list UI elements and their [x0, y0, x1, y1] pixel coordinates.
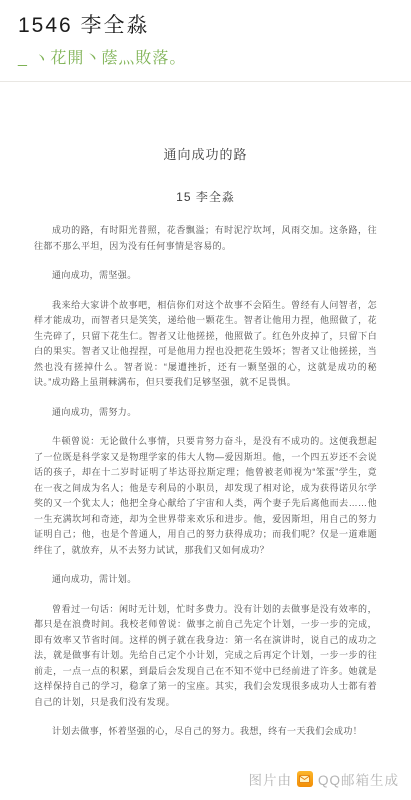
- essay-author: 15 李全淼: [34, 188, 377, 205]
- watermark-prefix-label: 图片由: [248, 769, 292, 789]
- essay-paragraph: 通向成功，需努力。: [34, 405, 377, 421]
- essay-paragraph: 曾看过一句话：闲时无计划，忙时多费力。没有计划的去做事是没有效率的，都只是在浪费…: [34, 602, 377, 711]
- mail-title: 1546 李全淼: [18, 13, 393, 39]
- essay-title: 通向成功的路: [34, 144, 377, 163]
- essay-paragraph: 成功的路，有时阳光普照，花香飘溢；有时泥泞坎坷，风雨交加。这条路，往往都不那么平…: [34, 223, 377, 254]
- mail-header: 1546 李全淼 _ ヽ花開丶蔭灬敗落。: [0, 0, 411, 82]
- essay-paragraph: 我来给大家讲个故事吧，相信你们对这个故事不会陌生。曾经有人问智者，怎样才能成功，…: [34, 298, 377, 391]
- essay-paragraphs: 成功的路，有时阳光普照，花香飘溢；有时泥泞坎坷，风雨交加。这条路，往往都不那么平…: [34, 223, 377, 740]
- essay-paragraph: 牛顿曾说：无论做什么事情，只要肯努力奋斗，是没有不成功的。这便我想起了一位既是科…: [34, 434, 377, 558]
- essay-paragraph: 通向成功，需坚强。: [34, 268, 377, 284]
- essay-paragraph: 计划去做事，怀着坚强的心，尽自己的努力。我想，终有一天我们会成功！: [34, 724, 377, 740]
- mail-sender-signature: _ ヽ花開丶蔭灬敗落。: [18, 48, 393, 69]
- watermark-suffix-label: QQ邮箱生成: [318, 769, 399, 789]
- essay-document: 通向成功的路 15 李全淼 成功的路，有时阳光普照，花香飘溢；有时泥泞坎坷，风雨…: [0, 82, 411, 740]
- watermark-footer: 图片由 QQ邮箱生成: [248, 769, 399, 789]
- essay-paragraph: 通向成功，需计划。: [34, 572, 377, 588]
- qqmail-generated-image-page: 1546 李全淼 _ ヽ花開丶蔭灬敗落。 通向成功的路 15 李全淼 成功的路，…: [0, 0, 411, 800]
- qq-mail-icon: [297, 771, 313, 787]
